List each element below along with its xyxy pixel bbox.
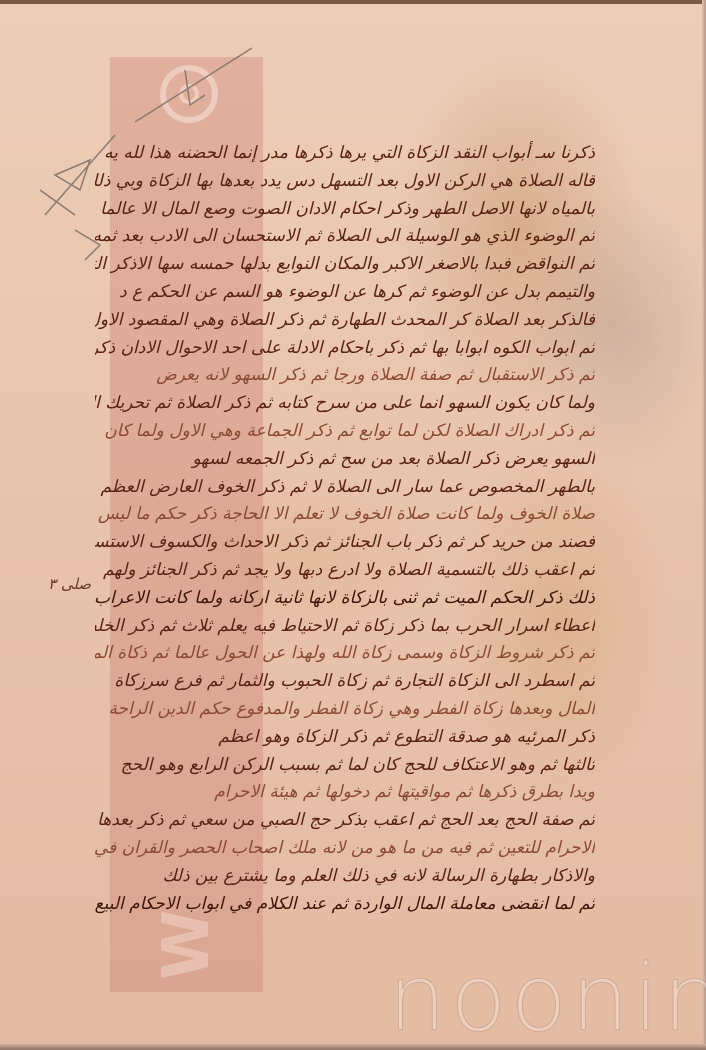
text-line: بالمياه لانها الاصل الطهر وذكر احكام الا… (95, 196, 595, 224)
text-line: ثم صفة الحج بعد الحج ثم اعقب بذكر حج الص… (95, 807, 595, 835)
text-line: ثم ذكر ادراك الصلاة لكن لما توابع ثم ذكر… (95, 418, 595, 446)
text-line: السهو يعرض ذكر الصلاة بعد من سح ثم ذكر ا… (95, 446, 595, 474)
text-line: ثم الوضوء الذي هو الوسيلة الى الصلاة ثم … (95, 223, 595, 251)
text-line: والاذكار بطهارة الرسالة لانه في ذلك العل… (95, 863, 595, 891)
text-line: ذكرنا سـ أبواب النقد الزكاة التي يرها ذك… (95, 140, 595, 168)
manuscript-text-block: ذكرنا سـ أبواب النقد الزكاة التي يرها ذك… (95, 140, 595, 918)
text-line: فصند من حريد كر ثم ذكر باب الجنائز ثم ذك… (95, 529, 595, 557)
text-line: والتيمم بدل عن الوضوء ثم كرها عن الوضوء … (95, 279, 595, 307)
text-line: ثم ذكر شروط الزكاة وسمى زكاة الله ولهذا … (95, 640, 595, 668)
text-line: ثم اسطرد الى الزكاة التجارة ثم زكاة الحب… (95, 668, 595, 696)
text-line: الاحرام للتعين ثم فيه من ما هو من لانه م… (95, 835, 595, 863)
text-line: ثم النواقض فبدا بالاصغر الاكبر والمكان ا… (95, 251, 595, 279)
text-line: ويدا بطرق ذكرها ثم مواقيتها ثم دخولها ثم… (95, 779, 595, 807)
text-line: ثم ذكر الاستقبال ثم صفة الصلاة ورجا ثم ذ… (95, 362, 595, 390)
text-line: ولما كان يكون السهو انما على من سرح كتاب… (95, 390, 595, 418)
text-line: قاله الصلاة هي الركن الاول بعد التسهل دس… (95, 168, 595, 196)
page-edge-top (0, 0, 706, 4)
page-edge-right (702, 0, 706, 1050)
text-line: بالطهر المخصوص عما سار الى الصلاة لا ثم … (95, 474, 595, 502)
manuscript-page: W صلى ٣ ذكرنا سـ أبواب النقد الزكاة التي… (0, 0, 706, 1050)
text-line: ثالثها ثم وهو الاعتكاف للحج كان لما ثم ب… (95, 752, 595, 780)
text-line: اعطاء اسرار الحرب بما ذكر زكاة ثم الاحتي… (95, 613, 595, 641)
text-line: ثم لما انقضى معاملة المال الواردة ثم عند… (95, 891, 595, 919)
watermark-brand-text: noonin (388, 945, 706, 1050)
text-line: ثم اعقب ذلك بالتسمية الصلاة ولا ادرع دبه… (95, 557, 595, 585)
text-line: صلاة الخوف ولما كانت صلاة الخوف لا تعلم … (95, 501, 595, 529)
text-line: ذلك ذكر الحكم الميت ثم ثنى بالزكاة لانها… (95, 585, 595, 613)
text-line: ثم ابواب الكوه ابوابا بها ثم ذكر باحكام … (95, 335, 595, 363)
text-line: فالذكر بعد الصلاة كر المحدث الطهارة ثم ذ… (95, 307, 595, 335)
text-line: المال وبعدها زكاة الفطر وهي زكاة الفطر و… (95, 696, 595, 724)
pencil-strike-mark-icon (130, 40, 260, 130)
text-line: ذكر المرئيه هو صدقة التطوع ثم ذكر الزكاة… (95, 724, 595, 752)
margin-note: صلى ٣ (48, 575, 91, 593)
